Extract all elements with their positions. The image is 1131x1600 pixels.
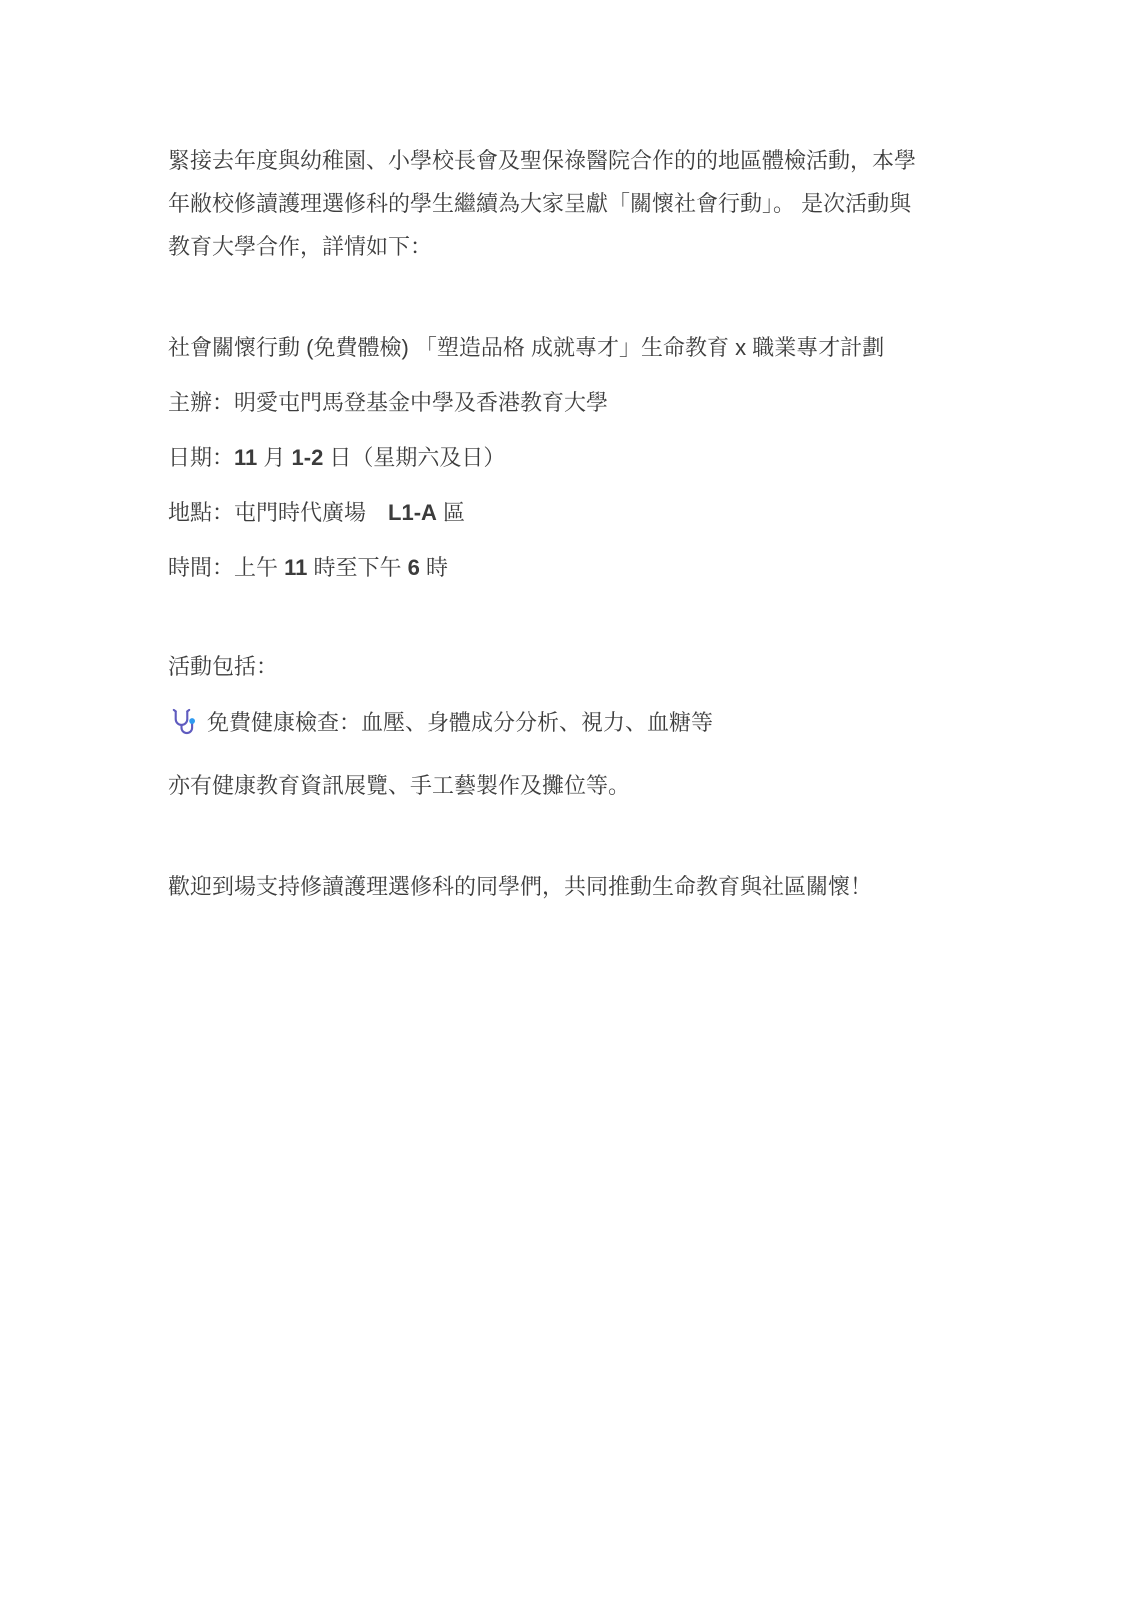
date-day-range: 1-2	[292, 445, 324, 470]
date-month-day: 11	[234, 445, 257, 470]
closing-paragraph: 歡迎到場支持修讀護理選修科的同學們，共同推動生命教育與社區關懷！	[168, 865, 928, 908]
date-text-segment: 月	[257, 445, 291, 470]
intro-paragraph: 緊接去年度與幼稚園、小學校長會及聖保祿醫院合作的的地區體檢活動，本學年敝校修讀護…	[168, 139, 920, 268]
document-page: 緊接去年度與幼稚園、小學校長會及聖保祿醫院合作的的地區體檢活動，本學年敝校修讀護…	[0, 0, 1131, 1600]
stethoscope-icon	[168, 707, 195, 751]
date-text-segment-2: 日（星期六及日）	[323, 445, 505, 470]
time-line: 時間：上午 11 時至下午 6 時	[168, 546, 928, 589]
time-end-hour: 6	[408, 555, 420, 580]
activity-item-text: 免費健康檢查：血壓、身體成分分析、視力、血糖等	[207, 710, 713, 735]
time-start-hour: 11	[284, 555, 307, 580]
location-label: 地點：屯門時代廣場	[168, 500, 388, 525]
activities-extra-line: 亦有健康教育資訊展覽、手工藝製作及攤位等。	[168, 764, 928, 807]
activity-item: 免費健康檢查：血壓、身體成分分析、視力、血糖等	[168, 701, 928, 751]
time-text-segment-2: 時	[420, 555, 448, 580]
time-label: 時間：上午	[168, 555, 284, 580]
location-zone-code: L1-A	[388, 500, 437, 525]
date-line: 日期：11 月 1-2 日（星期六及日）	[168, 436, 928, 479]
location-text-segment: 區	[437, 500, 465, 525]
event-title: 社會關懷行動 (免費體檢) 「塑造品格 成就專才」生命教育 x 職業專才計劃	[168, 326, 928, 369]
date-label: 日期：	[168, 445, 234, 470]
time-text-segment: 時至下午	[307, 555, 407, 580]
document-content: 緊接去年度與幼稚園、小學校長會及聖保祿醫院合作的的地區體檢活動，本學年敝校修讀護…	[0, 0, 928, 908]
organizer-line: 主辦：明愛屯門馬登基金中學及香港教育大學	[168, 381, 928, 424]
activities-heading: 活動包括：	[168, 645, 928, 688]
location-line: 地點：屯門時代廣場 L1-A 區	[168, 491, 928, 534]
